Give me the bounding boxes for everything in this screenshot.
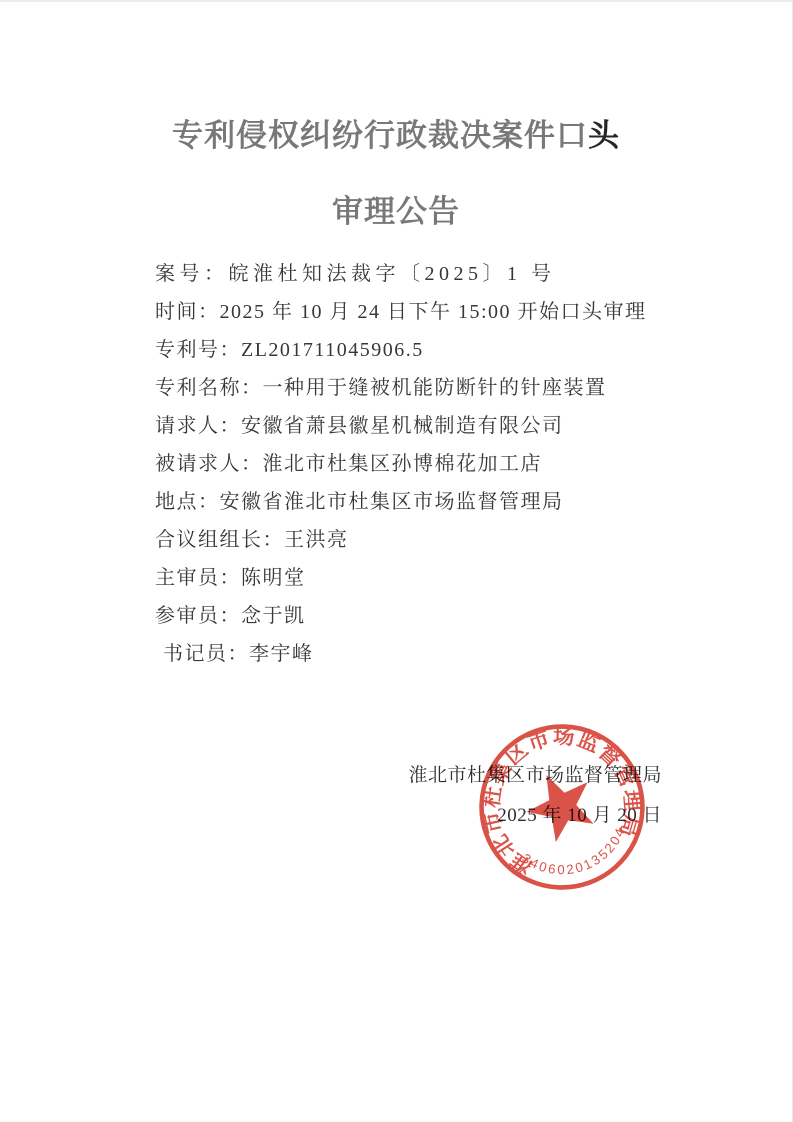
hearing-time-line: 时间：2025 年 10 月 24 日下午 15:00 开始口头审理 — [155, 293, 715, 331]
signature-block: 淮北市杜集区市场监督管理局 2025 年 10 月 20 日 — [408, 756, 662, 836]
co-examiner-line: 参审员：念于凯 — [155, 597, 715, 635]
document-title-line1: 专利侵权纠纷行政裁决案件口头 — [0, 110, 792, 155]
patent-name-line: 专利名称：一种用于缝被机能防断针的针座装置 — [155, 369, 715, 407]
document-title-line2: 审理公告 — [0, 186, 792, 231]
case-number-line: 案号：皖淮杜知法裁字〔2025〕1 号 — [155, 255, 715, 293]
signature-date: 2025 年 10 月 20 日 — [408, 796, 662, 836]
signature-org: 淮北市杜集区市场监督管理局 — [408, 756, 662, 796]
chief-examiner-line: 主审员：陈明堂 — [155, 559, 715, 597]
requester-line: 请求人：安徽省萧县徽星机械制造有限公司 — [155, 407, 715, 445]
document-page: 专利侵权纠纷行政裁决案件口头 审理公告 案号：皖淮杜知法裁字〔2025〕1 号 … — [0, 0, 793, 1122]
title-text-main: 专利侵权纠纷行政裁决案件口 — [172, 118, 588, 153]
title-text-last-char: 头 — [588, 118, 620, 153]
document-body: 案号：皖淮杜知法裁字〔2025〕1 号 时间：2025 年 10 月 24 日下… — [155, 255, 715, 673]
location-line: 地点：安徽省淮北市杜集区市场监督管理局 — [155, 483, 715, 521]
respondent-line: 被请求人：淮北市杜集区孙博棉花加工店 — [155, 445, 715, 483]
panel-leader-line: 合议组组长：王洪亮 — [155, 521, 715, 559]
patent-number-line: 专利号：ZL201711045906.5 — [155, 331, 715, 369]
clerk-line: 书记员：李宇峰 — [155, 635, 715, 673]
